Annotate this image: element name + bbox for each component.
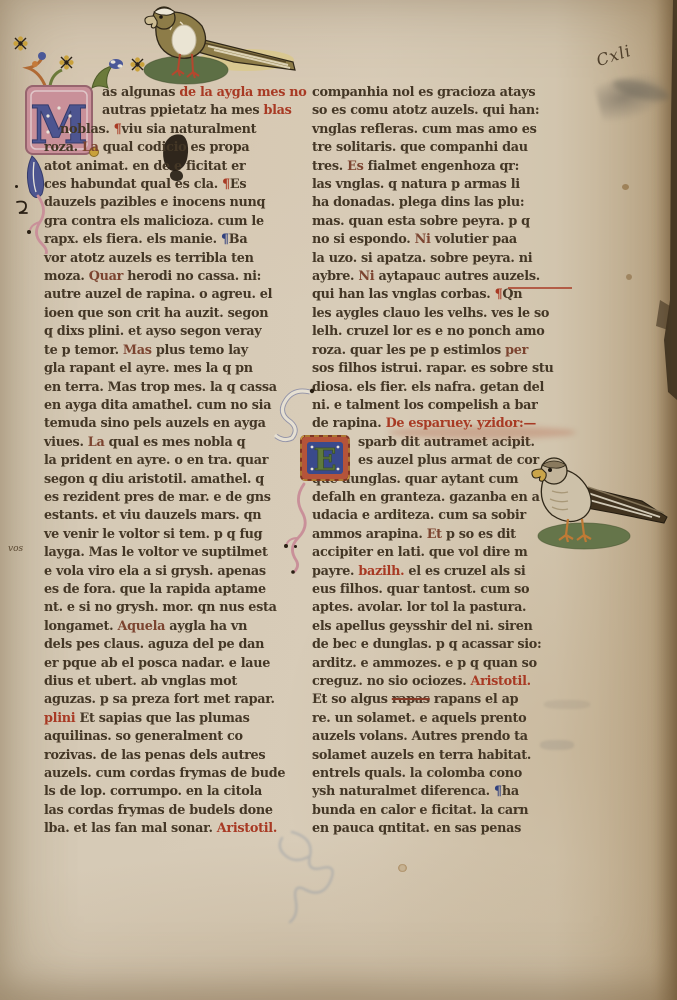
body-text: tre solitaris. que companhi dau [312, 140, 528, 155]
text-line: atot animat. en de e ficitat er [44, 158, 306, 176]
body-text: Ni [358, 269, 374, 284]
body-text: roza. [44, 140, 82, 155]
body-text: autras ppietatz ha mes [102, 103, 263, 118]
body-text: so es comu atotz auzels. qui han: [312, 103, 539, 118]
show-through-mark [540, 740, 574, 750]
rubric-text: ¶ [114, 122, 122, 137]
text-line: arditz. e ammozes. e p q quan so [312, 655, 574, 673]
body-text: ¶ [494, 784, 502, 799]
body-text: Aquela [117, 619, 165, 634]
rubric-text: ¶ [222, 177, 230, 192]
body-text: no si espondo. [312, 232, 415, 247]
text-line: nt. e si no grysh. mor. qn nus esta [44, 599, 306, 617]
text-line: tre solitaris. que companhi dau [312, 139, 574, 157]
body-text: creguz. no sio ociozes. [312, 674, 471, 689]
text-line: sos filhos istrui. rapar. es sobre stu [312, 360, 574, 378]
body-text: rapas [392, 692, 430, 707]
text-line: vnglas refleras. cum mas amo es [312, 121, 574, 139]
body-text: entrels quals. la colomba cono [312, 766, 522, 781]
pink-tendril-flourish [280, 482, 316, 574]
body-text: en terra. Mas trop mes. la q cassa [44, 380, 277, 395]
body-text: qual codicio es propa [99, 140, 250, 155]
text-line: solamet auzels en terra habitat. [312, 747, 574, 765]
text-line: autras ppietatz ha mes blas [44, 102, 306, 120]
text-line: so es comu atotz auzels. qui han: [312, 102, 574, 120]
body-text: es de fora. que la rapida aptame [44, 582, 266, 597]
text-line: aybre. Ni aytapauc autres auzels. [312, 268, 574, 286]
body-text: aytapauc autres auzels. [374, 269, 540, 284]
body-text: les aygles clauo les velhs. ves le so [312, 306, 549, 321]
text-line: moza. Quar herodi no cassa. ni: [44, 268, 306, 286]
text-line: rozivas. de las penas dels autres [44, 747, 306, 765]
body-text: es rezident pres de mar. e de gns [44, 490, 271, 505]
body-text: vor atotz auzels es terribla ten [44, 251, 254, 266]
body-text: ¶ [221, 232, 229, 247]
body-text: atot animat. en de e ficitat er [44, 159, 245, 174]
body-text: aygla ha vn [165, 619, 247, 634]
body-text: layga. Mas le voltor ve suptilmet [44, 545, 268, 560]
text-line: las cordas frymas de budels done [44, 802, 306, 820]
body-text: companhia nol es gracioza atays [312, 85, 535, 100]
text-line: noblas. ¶viu sia naturalment [44, 121, 306, 139]
text-line: dels pes claus. aguza del pe dan [44, 636, 306, 654]
text-line: entrels quals. la colomba cono [312, 765, 574, 783]
text-line: ve venir le voltor si tem. p q fug [44, 526, 306, 544]
body-text: p so es dit [442, 527, 516, 542]
text-line: qui han las vnglas corbas. ¶Qn [312, 286, 574, 304]
text-line: layga. Mas le voltor ve suptilmet [44, 544, 306, 562]
body-text: lba. et las fan mal sonar. [44, 821, 217, 836]
body-text: las vnglas. q natura p armas li [312, 177, 520, 192]
sparrowhawk-illustration [522, 443, 672, 553]
text-line: e vola viro ela a si grysh. apenas [44, 563, 306, 581]
text-line: creguz. no sio ociozes. Aristotil. [312, 673, 574, 691]
body-text: els apellus geysshir del ni. siren [312, 619, 533, 634]
body-text: nt. e si no grysh. mor. qn nus esta [44, 600, 277, 615]
text-line: rapx. els fiera. els manie. ¶Ba [44, 231, 306, 249]
text-line: la uzo. si apatza. sobre peyra. ni [312, 250, 574, 268]
text-line: te p temor. Mas plus temo lay [44, 342, 306, 360]
ink-speck [15, 185, 18, 188]
body-text: Et so algus [312, 692, 392, 707]
text-line: roza. La qual codicio es propa [44, 139, 306, 157]
body-text: vnglas refleras. cum mas amo es [312, 122, 537, 137]
text-line: ni. e talment los compelish a bar [312, 397, 574, 415]
illuminated-initial-e: E [298, 432, 354, 484]
body-text: en ayga dita amathel. cum no sia [44, 398, 271, 413]
body-text: qui han las vnglas corbas. [312, 287, 495, 302]
text-line: aptes. avolar. lor tol la pastura. [312, 599, 574, 617]
body-text: per [505, 343, 528, 358]
body-text: Ba [229, 232, 248, 247]
body-text: rapx. els fiera. els manie. [44, 232, 221, 247]
brown-spot [398, 864, 407, 872]
text-line: q dixs plini. et ayso segon veray [44, 323, 306, 341]
text-line: eus filhos. quar tantost. cum so [312, 581, 574, 599]
text-line: ls de lop. corrumpo. en la citola [44, 783, 306, 801]
text-line: longamet. Aquela aygla ha vn [44, 618, 306, 636]
body-text: rozivas. de las penas dels autres [44, 748, 265, 763]
body-text: arditz. e ammozes. e p q quan so [312, 656, 537, 671]
body-text: Es [347, 159, 363, 174]
body-text: diosa. els fier. els nafra. getan del [312, 380, 544, 395]
rubric-text: de la aygla mes no [179, 85, 306, 100]
body-text: eus filhos. quar tantost. cum so [312, 582, 529, 597]
body-text: aptes. avolar. lor tol la pastura. [312, 600, 526, 615]
body-text: la uzo. si apatza. sobre peyra. ni [312, 251, 532, 266]
body-text: plus temo lay [152, 343, 248, 358]
text-line: autre auzel de rapina. o agreu. el [44, 286, 306, 304]
text-line: gra contra els malicioza. cum le [44, 213, 306, 231]
body-text: rapans el ap [430, 692, 519, 707]
body-text: accipiter en lati. que vol dire m [312, 545, 527, 560]
body-text: segon q diu aristotil. amathel. q [44, 472, 264, 487]
text-line: estants. et viu dauzels mars. qn [44, 507, 306, 525]
body-text: las cordas frymas de budels done [44, 803, 273, 818]
body-text: auzels volans. Autres prendo ta [312, 729, 528, 744]
text-line: las vnglas. q natura p armas li [312, 176, 574, 194]
body-text: aybre. [312, 269, 358, 284]
body-text: er pque ab el posca nadar. e laue [44, 656, 270, 671]
text-line: Et so algus rapas rapans el ap [312, 691, 574, 709]
body-text: bunda en calor e ficitat. la carn [312, 803, 528, 818]
body-text: el es cruzel als si [404, 564, 525, 579]
body-text: Et sapias que las plumas [75, 711, 249, 726]
red-line-filler [508, 287, 572, 289]
brown-spot [626, 274, 632, 280]
body-text: herodi no cassa. ni: [123, 269, 261, 284]
text-line: segon q diu aristotil. amathel. q [44, 471, 306, 489]
text-line: la prident en ayre. o en tra. quar [44, 452, 306, 470]
body-text: q dixs plini. et ayso segon veray [44, 324, 261, 339]
text-line: gla rapant el ayre. mes la q pn [44, 360, 306, 378]
text-line: vor atotz auzels es terribla ten [44, 250, 306, 268]
body-text: dels pes claus. aguza del pe dan [44, 637, 264, 652]
body-text: lelh. cruzel lor es e no ponch amo [312, 324, 544, 339]
text-line: ces habundat qual es cla. ¶Es [44, 176, 306, 194]
body-text: ls de lop. corrumpo. en la citola [44, 784, 262, 799]
body-text: sos filhos istrui. rapar. es sobre stu [312, 361, 554, 376]
body-text: temuda sino pels auzels en ayga [44, 416, 266, 431]
body-text: Qn [502, 287, 522, 302]
ink-speck [294, 545, 297, 548]
body-text: ioen que son crit ha auzit. segon [44, 306, 268, 321]
text-line: er pque ab el posca nadar. e laue [44, 655, 306, 673]
body-text: auzels. cum cordas frymas de bude [44, 766, 285, 781]
body-text: La [88, 435, 105, 450]
margin-curl-ornament [14, 198, 30, 220]
body-text: la prident en ayre. o en tra. quar [44, 453, 268, 468]
text-line: es rezident pres de mar. e de gns [44, 489, 306, 507]
body-text: viu sia naturalment [122, 122, 257, 137]
body-text: Quar [89, 269, 123, 284]
body-text: gra contra els malicioza. cum le [44, 214, 264, 229]
body-text: dius et ubert. ab vnglas mot [44, 674, 237, 689]
body-text: noblas. [60, 122, 114, 137]
manuscript-page: Cxli [0, 0, 677, 1000]
body-text: ha [502, 784, 519, 799]
text-line: ha donadas. plega dins las plu: [312, 194, 574, 212]
body-text: defalh en granteza. gazanba en a [312, 490, 540, 505]
eagle-illustration [138, 0, 303, 92]
body-text: viues. [44, 435, 88, 450]
rubric-text: Aristotil. [471, 674, 531, 689]
text-line: tres. Es fialmet engenhoza qr: [312, 158, 574, 176]
text-line: dauzels pazibles e inocens nunq [44, 194, 306, 212]
text-line: aguzas. p sa preza fort met rapar. [44, 691, 306, 709]
body-text: estants. et viu dauzels mars. qn [44, 508, 261, 523]
body-text: aquilinas. so generalment co [44, 729, 243, 744]
body-text: mas. quan esta sobre peyra. p q [312, 214, 530, 229]
text-line: ysh naturalmet diferenca. ¶ha [312, 783, 574, 801]
body-text: udacia e arditeza. cum sa sobir [312, 508, 526, 523]
body-text: dauzels pazibles e inocens nunq [44, 195, 265, 210]
body-text: Es [230, 177, 246, 192]
body-text: de rapina. [312, 416, 386, 431]
text-line: diosa. els fier. els nafra. getan del [312, 379, 574, 397]
svg-text:E: E [314, 443, 337, 478]
body-text: gla rapant el ayre. mes la q pn [44, 361, 253, 376]
text-column-left: as algunas de la aygla mes noautras ppie… [44, 84, 306, 839]
body-text: ve venir le voltor si tem. p q fug [44, 527, 262, 542]
body-text: Mas [123, 343, 152, 358]
text-line: aquilinas. so generalment co [44, 728, 306, 746]
body-text: re. un solamet. e aquels prento [312, 711, 526, 726]
rubric-text: bazilh. [358, 564, 404, 579]
text-line: de bec e dunglas. p q acassar sio: [312, 636, 574, 654]
text-line: no si espondo. Ni volutier paa [312, 231, 574, 249]
body-text: es auzel plus armat de cor [358, 453, 539, 468]
text-line: payre. bazilh. el es cruzel als si [312, 563, 574, 581]
body-text: volutier paa [431, 232, 517, 247]
body-text: Ni [415, 232, 431, 247]
gold-star-ornament [130, 57, 145, 72]
text-line: ioen que son crit ha auzit. segon [44, 305, 306, 323]
text-line: as algunas de la aygla mes no [44, 84, 306, 102]
body-text: qual es mes nobla q [104, 435, 245, 450]
body-text: ni. e talment los compelish a bar [312, 398, 538, 413]
text-line: dius et ubert. ab vnglas mot [44, 673, 306, 691]
marginal-note: vos [8, 544, 23, 554]
text-line: els apellus geysshir del ni. siren [312, 618, 574, 636]
text-line: les aygles clauo les velhs. ves le so [312, 305, 574, 323]
body-text: e vola viro ela a si grysh. apenas [44, 564, 266, 579]
body-text: ysh naturalmet diferenca. [312, 784, 494, 799]
body-text: de bec e dunglas. p q acassar sio: [312, 637, 541, 652]
text-line: companhia nol es gracioza atays [312, 84, 574, 102]
body-text: solamet auzels en terra habitat. [312, 748, 531, 763]
body-text: roza. quar les pe p estimlos [312, 343, 505, 358]
text-line: bunda en calor e ficitat. la carn [312, 802, 574, 820]
body-text: autre auzel de rapina. o agreu. el [44, 287, 272, 302]
body-text: Et [427, 527, 442, 542]
body-text: ces habundat qual es cla. [44, 177, 222, 192]
body-text: ammos arapina. [312, 527, 427, 542]
brown-spot [622, 184, 629, 190]
rubric-text: blas [263, 103, 291, 118]
text-line: auzels volans. Autres prendo ta [312, 728, 574, 746]
body-text: longamet. [44, 619, 117, 634]
body-text: ha donadas. plega dins las plu: [312, 195, 524, 210]
folio-number: Cxli [594, 41, 634, 70]
body-text: tres. [312, 159, 347, 174]
body-text: aguzas. p sa preza fort met rapar. [44, 692, 275, 707]
body-text: payre. [312, 564, 358, 579]
body-text: te p temor. [44, 343, 123, 358]
text-line: lelh. cruzel lor es e no ponch amo [312, 323, 574, 341]
text-line: plini Et sapias que las plumas [44, 710, 306, 728]
rubric-text: plini [44, 711, 75, 726]
red-pigment-smear [388, 426, 576, 439]
text-line: roza. quar les pe p estimlos per [312, 342, 574, 360]
text-line: re. un solamet. e aquels prento [312, 710, 574, 728]
body-text: La [82, 140, 99, 155]
text-line: auzels. cum cordas frymas de bude [44, 765, 306, 783]
text-line: es de fora. que la rapida aptame [44, 581, 306, 599]
show-through-mark [544, 700, 590, 709]
text-line: mas. quan esta sobre peyra. p q [312, 213, 574, 231]
body-text: moza. [44, 269, 89, 284]
body-text: fialmet engenhoza qr: [363, 159, 519, 174]
body-text: as algunas [102, 85, 179, 100]
show-through-flourish [252, 828, 356, 928]
